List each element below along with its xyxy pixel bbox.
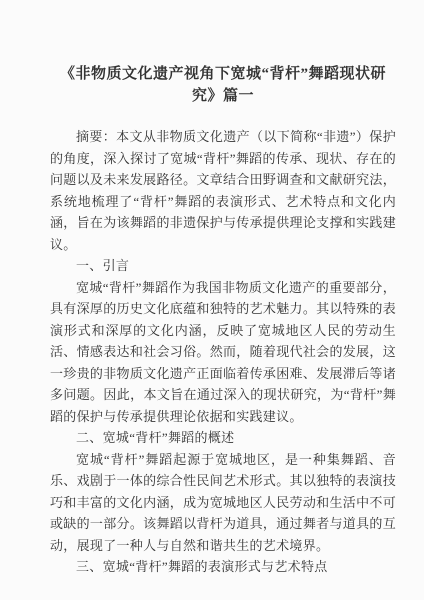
section-heading: 三、宽城“背杆”舞蹈的表演形式与艺术特点 [50, 556, 396, 578]
document-title: 《非物质文化遗产视角下宽城“背杆”舞蹈现状研究》篇一 [50, 63, 396, 107]
paragraph: 宽城“背杆”舞蹈作为我国非物质文化遗产的重要部分，具有深厚的历史文化底蕴和独特的… [50, 277, 396, 428]
document-body: 摘要：本文从非物质文化遗产（以下简称“非遗”）保护的角度，深入探讨了宽城“背杆”… [50, 126, 396, 578]
section-heading: 二、宽城“背杆”舞蹈的概述 [50, 427, 396, 449]
document-page: 《非物质文化遗产视角下宽城“背杆”舞蹈现状研究》篇一 摘要：本文从非物质文化遗产… [0, 0, 424, 600]
paragraph: 摘要：本文从非物质文化遗产（以下简称“非遗”）保护的角度，深入探讨了宽城“背杆”… [50, 126, 396, 255]
paragraph: 宽城“背杆”舞蹈起源于宽城地区，是一种集舞蹈、音乐、戏剧于一体的综合性民间艺术形… [50, 449, 396, 557]
section-heading: 一、引言 [50, 255, 396, 277]
